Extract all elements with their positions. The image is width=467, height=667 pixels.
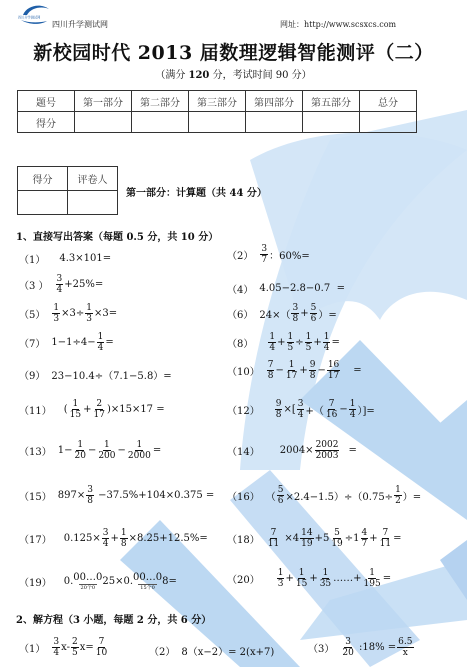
score-cell-part1[interactable] [75, 112, 132, 133]
question-7: （7） 1−1÷4−14= [19, 332, 114, 353]
question-11: （11） (115+217)×15×17 = [19, 399, 165, 420]
question-number: （17） [19, 531, 52, 546]
score-cell-part3[interactable] [189, 112, 246, 133]
question-number: （16） [227, 488, 260, 503]
grader-header-grader: 评卷人 [68, 167, 118, 191]
question-1: （1） 4.3×101= [19, 251, 111, 266]
score-cell-total[interactable] [360, 112, 417, 133]
question-14: （14） 2004×20022003= [227, 440, 357, 461]
question-number: （19） [19, 574, 52, 589]
question-4: （4） 4.05−2.8−0.7 = [227, 281, 345, 296]
question-number: （10） [227, 363, 260, 378]
question-16: （16） （56×2.4−1.5）÷（0.75÷12）= [227, 485, 421, 506]
question-17: （17） 0.125×34+18×8.25+12.5%= [19, 528, 208, 549]
header-cell-question-number: 题号 [18, 91, 75, 112]
question-9: （9） 23−10.4÷（7.1−5.8）= [19, 367, 172, 382]
logo-icon: 四川升学测试网 [17, 3, 53, 25]
subtitle-prefix: （满分 [155, 70, 188, 81]
question-6: （6） 24×（38+56）= [227, 303, 337, 324]
exam-time: 90 [276, 70, 289, 81]
question-number: （12） [227, 402, 260, 417]
question-13: （13） 1−120−1200−12000= [19, 440, 161, 461]
row-label-score: 得分 [18, 112, 75, 133]
score-cell-part2[interactable] [132, 112, 189, 133]
header-cell-part4: 第四部分 [246, 91, 303, 112]
equation-3: （3） 320 :18% =6.5x [308, 637, 415, 658]
question-number: （15） [19, 488, 52, 503]
question-number: （9） [19, 367, 45, 382]
question-number: （2） [149, 643, 175, 658]
section2-title: 2、解方程（3 小题，每题 2 分，共 6 分） [16, 611, 211, 626]
question-5: （5） 13×3÷13×3= [19, 303, 117, 324]
question-3: （3 ） 34+25%= [19, 274, 103, 295]
part1-title: 第一部分：计算题（共 44 分） [126, 184, 267, 199]
question-number: （1） [19, 251, 45, 266]
question-number: （14） [227, 443, 260, 458]
question-15: （15） 897×38 −37.5%+104×0.375 = [19, 485, 214, 506]
underbrace-15-zeros: 00…015个0 [133, 572, 162, 591]
header-cell-part3: 第三部分 [189, 91, 246, 112]
score-cell-part4[interactable] [246, 112, 303, 133]
question-number: （6） [227, 306, 253, 321]
question-8: （8） 14+15÷15+14= [227, 332, 340, 353]
exam-title: 新校园时代 2013 届数理逻辑智能测评（二） [0, 38, 467, 65]
header-cell-part5: 第五部分 [303, 91, 360, 112]
grader-score-cell[interactable] [18, 191, 68, 215]
question-number: （3 ） [19, 277, 49, 292]
score-table-header-row: 题号 第一部分 第二部分 第三部分 第四部分 第五部分 总分 [18, 91, 417, 112]
site-name: 四川升学测试网 [52, 19, 108, 30]
grader-table: 得分 评卷人 [17, 166, 118, 215]
question-20: （20） 13+115+135……+1195= [227, 568, 391, 589]
svg-text:四川升学测试网: 四川升学测试网 [18, 15, 40, 20]
score-cell-part5[interactable] [303, 112, 360, 133]
grader-name-cell[interactable] [68, 191, 118, 215]
equation-1: （1） 34x-25x=710 [19, 637, 109, 658]
question-number: （4） [227, 281, 253, 296]
question-number: （1） [19, 640, 45, 655]
grader-header-score: 得分 [18, 167, 68, 191]
question-number: （7） [19, 335, 45, 350]
section1-title: 1、直接写出答案（每题 0.5 分，共 10 分） [16, 228, 218, 243]
question-number: （5） [19, 306, 45, 321]
underbrace-20-zeros: 00…020个0 [73, 572, 102, 591]
score-table: 题号 第一部分 第二部分 第三部分 第四部分 第五部分 总分 得分 [17, 90, 417, 133]
header-cell-total: 总分 [360, 91, 417, 112]
question-number: （3） [308, 640, 334, 655]
site-url: 网址：http://www.scsxcs.com [280, 19, 396, 30]
question-12: （12） 98×[34+（716−14）]= [227, 399, 375, 420]
question-number: （8） [227, 335, 253, 350]
header-cell-part2: 第二部分 [132, 91, 189, 112]
equation-2: （2） 8（x−2）= 2(x+7) [149, 643, 274, 658]
question-2: （2） 37：60%= [227, 244, 310, 265]
question-number: （13） [19, 443, 52, 458]
subtitle-middle: 分，考试时间 [209, 70, 275, 81]
question-10: （10） 78−117+98−1617= [227, 360, 362, 381]
question-18: （18） 711 ×41419+5519÷147+711= [227, 528, 401, 549]
question-number: （2） [227, 247, 253, 262]
question-19: （19） 0. 00…020个0 25×0. 00…015个0 8= [19, 572, 177, 591]
score-table-score-row: 得分 [18, 112, 417, 133]
exam-subtitle: （满分 120 分，考试时间 90 分） [0, 66, 467, 81]
question-number: （18） [227, 531, 260, 546]
subtitle-suffix: 分） [288, 70, 311, 81]
question-number: （11） [19, 402, 52, 417]
question-number: （20） [227, 571, 260, 586]
header-cell-part1: 第一部分 [75, 91, 132, 112]
total-score: 120 [189, 70, 210, 81]
